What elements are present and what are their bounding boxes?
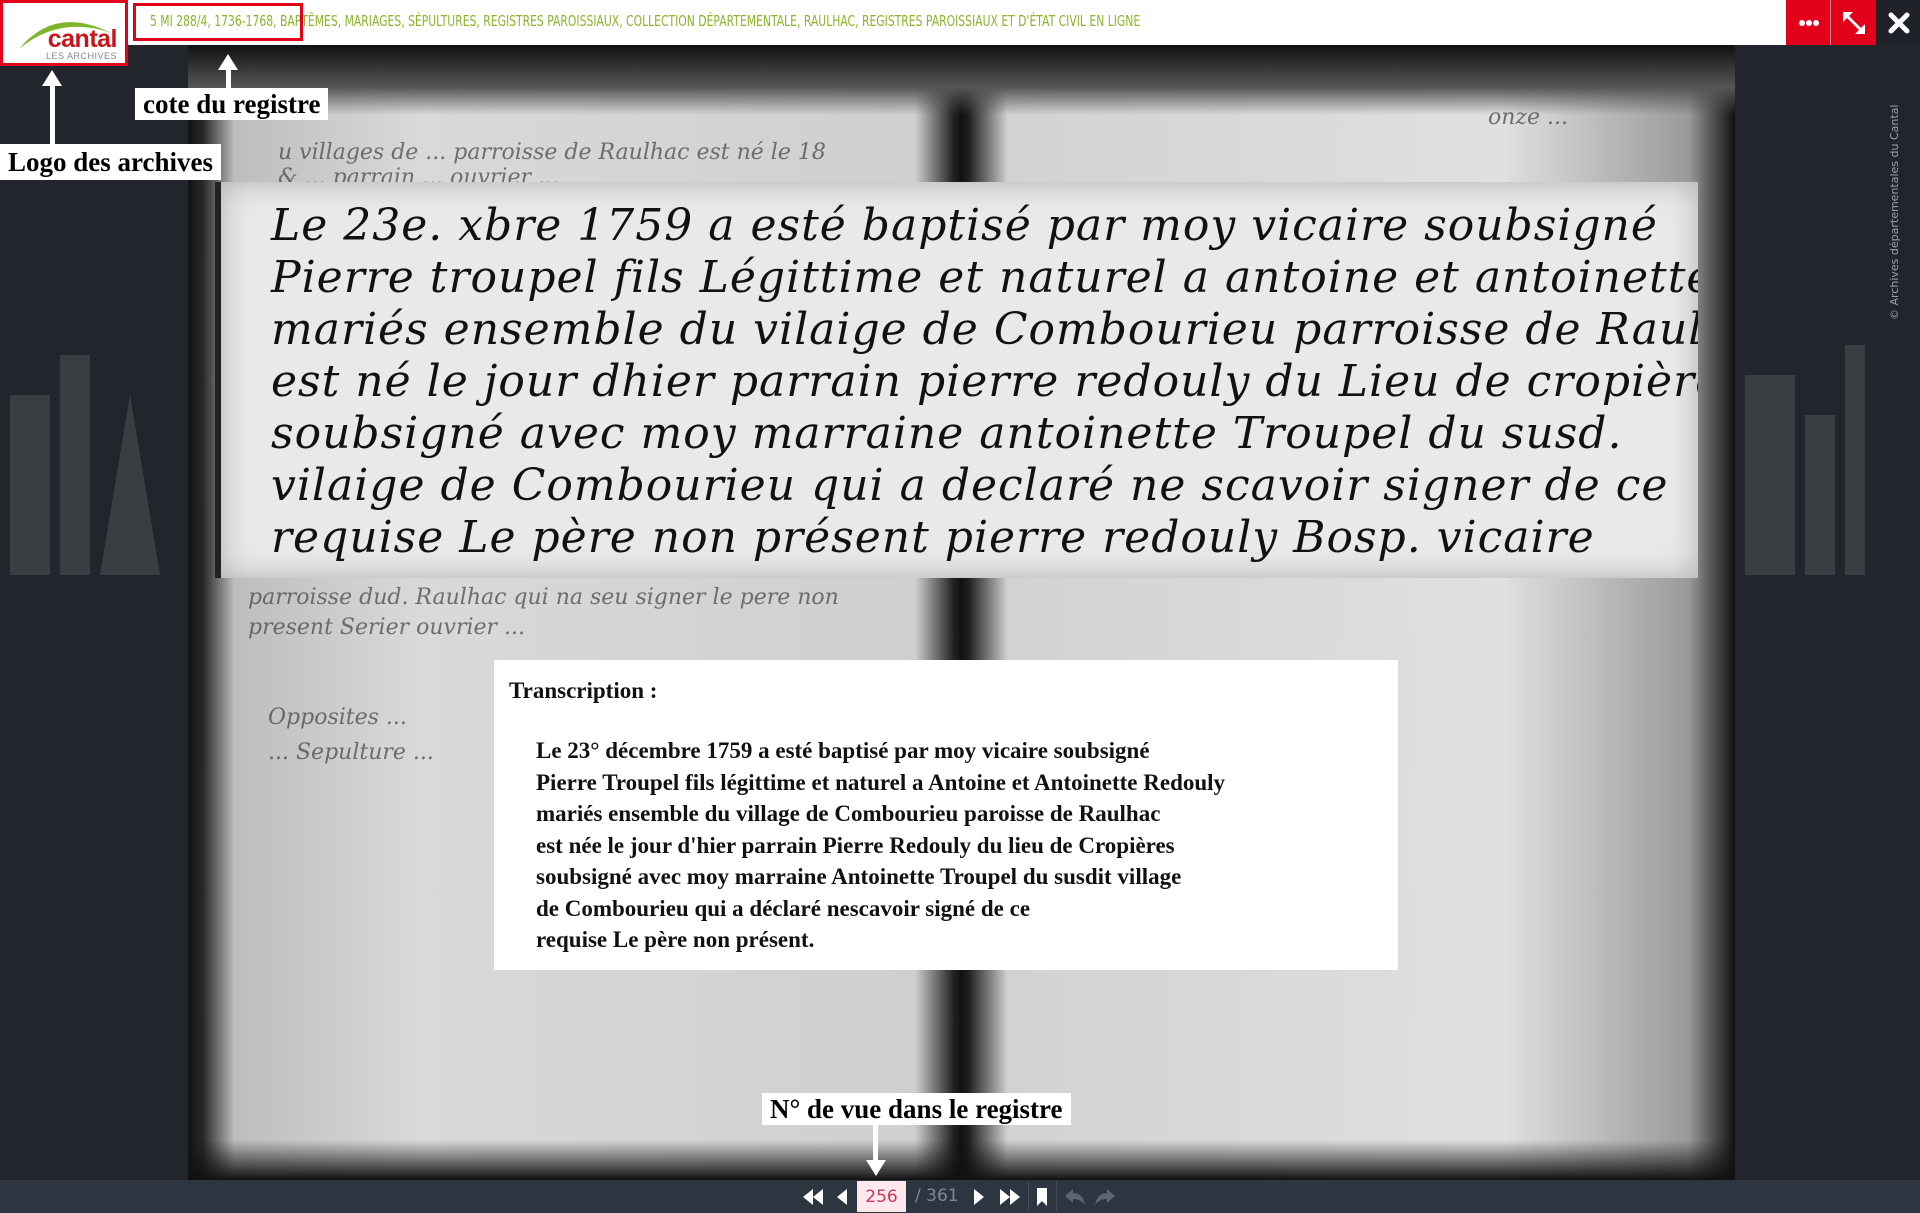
decorative-illustration-icon: [1735, 335, 1885, 595]
arrow-up-icon: [42, 70, 62, 86]
last-page-button[interactable]: [997, 1185, 1023, 1209]
logo-word: cantal: [48, 25, 117, 54]
expand-arrows-icon: [1841, 10, 1867, 36]
chevron-right-icon: [972, 1187, 986, 1207]
transcription-box: Transcription : Le 23° décembre 1759 a e…: [494, 660, 1398, 970]
excerpt-line: requise Le père non présent pierre redou…: [271, 512, 1595, 563]
page-total: / 361: [915, 1186, 959, 1206]
handwritten-excerpt: Le 23e. xbre 1759 a esté baptisé par moy…: [215, 182, 1698, 578]
toolbar-separator: [1056, 1182, 1057, 1211]
register-description: BAPTÊMES, MARIAGES, SÉPULTURES, REGISTRE…: [277, 12, 1141, 30]
scan-text-fragment: u villages de ... parroisse de Raulhac e…: [278, 140, 826, 165]
transcription-line: soubsigné avec moy marraine Antoinette T…: [536, 861, 1225, 893]
next-page-button[interactable]: [970, 1185, 988, 1209]
view-number-annotation-label: N° de vue dans le registre: [762, 1093, 1071, 1125]
arrow-down-icon: [866, 1160, 886, 1176]
fullscreen-button[interactable]: [1831, 0, 1876, 45]
page-number-input[interactable]: [857, 1181, 906, 1212]
arrow-shaft: [226, 68, 231, 90]
excerpt-line: vilaige de Combourieu qui a declaré ne s…: [271, 460, 1668, 511]
toolbar-separator: [1028, 1182, 1029, 1211]
double-chevron-left-icon: [801, 1187, 825, 1207]
transcription-line: mariés ensemble du village de Combourieu…: [536, 798, 1225, 830]
logo-subtitle: LES ARCHIVES: [46, 51, 117, 61]
more-options-button[interactable]: [1786, 0, 1831, 45]
bookmark-button[interactable]: [1033, 1185, 1051, 1209]
transcription-line: Le 23° décembre 1759 a esté baptisé par …: [536, 735, 1225, 767]
cote-highlight-box: [133, 3, 303, 41]
previous-page-button[interactable]: [833, 1185, 851, 1209]
excerpt-line: Pierre troupel fils Légittime et naturel…: [271, 252, 1698, 303]
scan-text-fragment: ... Sepulture ...: [268, 740, 434, 765]
logo-annotation-label: Logo des archives: [0, 144, 221, 180]
archives-logo[interactable]: cantal LES ARCHIVES: [0, 0, 128, 66]
redo-arrow-icon: [1093, 1187, 1117, 1207]
scan-text-fragment: onze ...: [1488, 105, 1568, 130]
arrow-shaft: [873, 1125, 878, 1163]
copyright-notice: © Archives départementales du Cantal: [1888, 105, 1901, 320]
decorative-illustration-icon: [0, 335, 188, 595]
transcription-line: Pierre Troupel fils légittime et naturel…: [536, 767, 1225, 799]
scan-text-fragment: parroisse dud. Raulhac qui na seu signer…: [248, 585, 839, 610]
more-dots-icon: [1798, 19, 1820, 27]
undo-button[interactable]: [1062, 1185, 1088, 1209]
undo-arrow-icon: [1063, 1187, 1087, 1207]
bookmark-icon: [1036, 1187, 1048, 1207]
viewer-left-margin: [0, 45, 188, 1180]
transcription-line: de Combourieu qui a déclaré nescavoir si…: [536, 893, 1225, 925]
excerpt-line: Le 23e. xbre 1759 a esté baptisé par moy…: [271, 200, 1658, 251]
first-page-button[interactable]: [800, 1185, 826, 1209]
cote-annotation-label: cote du registre: [135, 88, 328, 120]
excerpt-line: est né le jour dhier parrain pierre redo…: [271, 356, 1698, 407]
transcription-title: Transcription :: [509, 678, 657, 704]
close-x-icon: [1888, 12, 1910, 34]
excerpt-line: mariés ensemble du vilaige de Combourieu…: [271, 304, 1698, 355]
chevron-left-icon: [835, 1187, 849, 1207]
double-chevron-right-icon: [998, 1187, 1022, 1207]
transcription-line: est née le jour d'hier parrain Pierre Re…: [536, 830, 1225, 862]
transcription-text: Le 23° décembre 1759 a esté baptisé par …: [536, 735, 1225, 956]
close-viewer-button[interactable]: [1876, 0, 1920, 45]
excerpt-line: soubsigné avec moy marraine antoinette T…: [271, 408, 1622, 459]
scan-text-fragment: present Serier ouvrier ...: [248, 615, 525, 640]
scan-text-fragment: Opposites ...: [268, 705, 407, 730]
redo-button[interactable]: [1092, 1185, 1118, 1209]
transcription-line: requise Le père non présent.: [536, 924, 1225, 956]
navigation-toolbar: [0, 1180, 1920, 1213]
arrow-shaft: [50, 85, 55, 145]
